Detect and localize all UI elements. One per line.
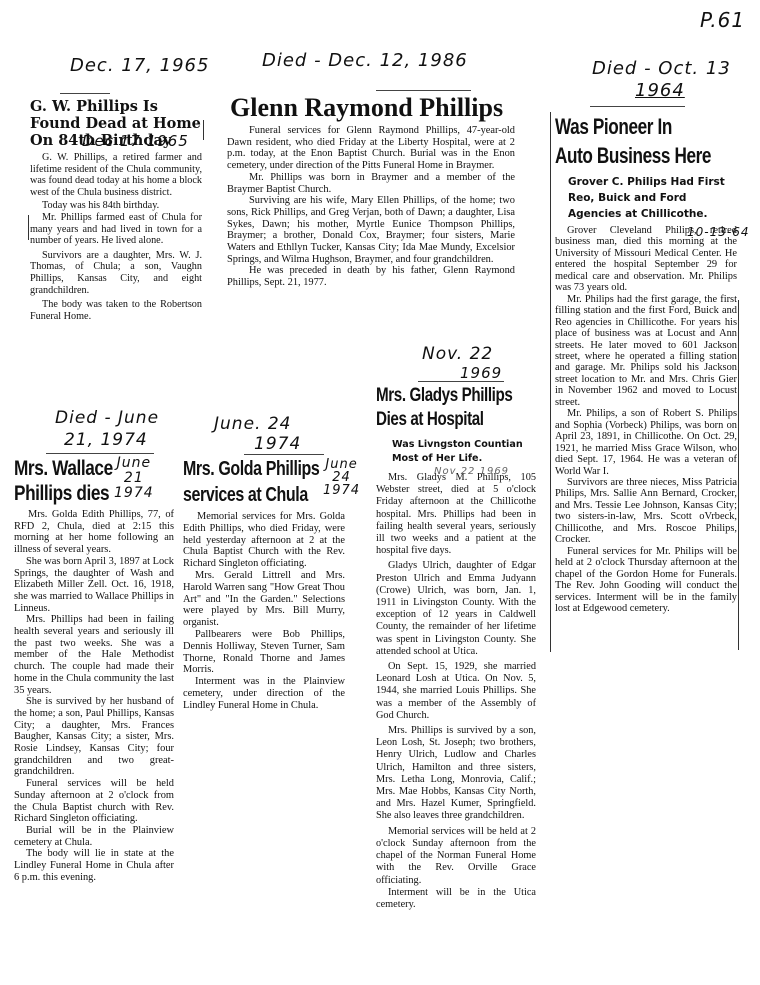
clipping-grover-philips: Was Pioneer In Auto Business Here Grover…	[555, 112, 737, 614]
handwritten-date: 1974	[254, 434, 301, 454]
headline: Glenn Raymond Phillips	[230, 93, 515, 123]
page-number-note: P.61	[700, 8, 745, 32]
paragraph: Mr. Phillips farmed east of Chula for ma…	[30, 212, 202, 247]
paragraph: Mrs. Gerald Littrell and Mrs. Harold War…	[183, 570, 345, 629]
divider	[244, 454, 324, 455]
clipping-wallace-phillips: Mrs. Wallace Phillips dies June 21 1974 …	[14, 456, 174, 884]
subhead-line: Reo, Buick and Ford	[568, 192, 686, 204]
headline-line: G. W. Phillips Is	[30, 98, 158, 115]
paragraph: He was preceded in death by his father, …	[227, 265, 515, 288]
handwritten-date: Dec. 17, 1965	[70, 55, 209, 76]
handwritten-overlay: 10-13-64	[687, 225, 749, 239]
clipping-golda-phillips: Mrs. Golda Phillips services at Chula Ju…	[183, 456, 345, 712]
paragraph: Mr. Philips had the first garage, the fi…	[555, 294, 737, 409]
headline-line: Auto Business Here	[555, 143, 711, 168]
overlay-line: June	[117, 455, 152, 471]
clip-edge	[28, 215, 29, 240]
headline-line: Found Dead at Home	[30, 115, 201, 132]
handwritten-date: Died - Dec. 12, 1986	[262, 50, 468, 71]
subheadline: Grover C. Philips Had First Reo, Buick a…	[568, 174, 737, 222]
paragraph: She is survived by her husband of the ho…	[14, 696, 174, 778]
divider	[590, 106, 685, 107]
subhead-line: Grover C. Philips Had First	[568, 176, 725, 188]
handwritten-overlay: Nov 22 1969	[434, 466, 509, 477]
paragraph: Surviving are his wife, Mary Ellen Phill…	[227, 195, 515, 265]
paragraph: Survivors are three nieces, Miss Patrici…	[555, 477, 737, 546]
divider	[60, 93, 110, 94]
handwritten-date: Died - June	[55, 408, 159, 428]
article-body: Mrs. Gladys M. Phillips, 105 Webster str…	[376, 472, 536, 911]
paragraph: Mr. Philips, a son of Robert S. Philips …	[555, 408, 737, 477]
article-body: G. W. Phillips, a retired farmer and lif…	[30, 152, 202, 322]
paragraph: Funeral services will be held Sunday aft…	[14, 778, 174, 825]
divider	[418, 381, 504, 382]
article-body: Funeral services for Glenn Raymond Phill…	[227, 125, 515, 289]
divider	[376, 90, 471, 91]
paragraph: Burial will be in the Plainview cemetery…	[14, 825, 174, 848]
paragraph: The body was taken to the Robertson Fune…	[30, 299, 202, 322]
paragraph: Gladys Ulrich, daughter of Edgar Preston…	[376, 560, 536, 658]
paragraph: Interment was in the Plainview cemetery,…	[183, 676, 345, 711]
clipping-gw-phillips: G. W. Phillips Is Found Dead at Home On …	[30, 98, 202, 322]
handwritten-overlay: Dec 17 1965	[82, 132, 189, 150]
clip-edge	[550, 112, 551, 652]
paragraph: She was born April 3, 1897 at Lock Sprin…	[14, 556, 174, 615]
overlay-line: 1974	[323, 483, 360, 498]
paragraph: G. W. Phillips, a retired farmer and lif…	[30, 152, 202, 198]
handwritten-date: June. 24	[214, 414, 291, 434]
paragraph: Memorial services will be held at 2 o'cl…	[376, 826, 536, 887]
paragraph: Funeral services for Mr. Philips will be…	[555, 546, 737, 615]
paragraph: Mrs. Gladys M. Phillips, 105 Webster str…	[376, 472, 536, 557]
subhead-line: Most of Her Life.	[392, 453, 482, 464]
handwritten-date: 1964	[635, 80, 685, 101]
handwritten-date: 1969	[460, 364, 502, 382]
clipping-glenn-phillips: Glenn Raymond Phillips Funeral services …	[227, 93, 515, 289]
overlay-line: 21	[124, 470, 144, 486]
paragraph: Funeral services for Glenn Raymond Phill…	[227, 125, 515, 172]
paragraph: Memorial services for Mrs. Golda Edith P…	[183, 511, 345, 570]
paragraph: Mrs. Phillips had been in failing health…	[14, 614, 174, 696]
handwritten-date: 21, 1974	[64, 430, 148, 450]
overlay-line: 1974	[114, 485, 154, 501]
headline-line: Mrs. Gladys Phillips	[376, 385, 512, 406]
subheadline: Was Livngston Countian Most of Her Life.	[392, 438, 536, 466]
paragraph: Today was his 84th birthday.	[30, 200, 202, 212]
headline-line: Phillips dies	[14, 482, 109, 505]
paragraph: Survivors are a daughter, Mrs. W. J. Tho…	[30, 250, 202, 296]
handwritten-date: Died - Oct. 13	[592, 58, 731, 79]
paragraph: Interment will be in the Utica cemetery.	[376, 887, 536, 911]
paragraph: Mrs. Golda Edith Phillips, 77, of RFD 2,…	[14, 509, 174, 556]
handwritten-overlay: June 24 1974	[323, 458, 360, 497]
article-body: Mrs. Golda Edith Phillips, 77, of RFD 2,…	[14, 509, 174, 884]
headline: Mrs. Golda Phillips services at Chula	[183, 456, 343, 508]
subhead-line: Agencies at Chillicothe.	[568, 208, 707, 220]
divider	[46, 453, 154, 454]
subhead-line: Was Livngston Countian	[392, 439, 523, 450]
article-body: Grover Cleveland Philips, retired busine…	[555, 225, 737, 614]
headline-line: services at Chula	[183, 484, 308, 506]
clip-edge	[738, 300, 739, 650]
paragraph: Mrs. Phillips is survived by a son, Leon…	[376, 725, 536, 823]
paragraph: Mr. Phillips was born in Braymer and a m…	[227, 172, 515, 195]
headline: Mrs. Gladys Phillips Dies at Hospital	[376, 384, 536, 432]
clip-edge	[203, 120, 204, 140]
headline-line: Mrs. Wallace	[14, 457, 113, 480]
handwritten-date: Nov. 22	[422, 344, 493, 364]
headline-line: Was Pioneer In	[555, 114, 672, 139]
article-body: Memorial services for Mrs. Golda Edith P…	[183, 511, 345, 712]
paragraph: On Sept. 15, 1929, she married Leonard L…	[376, 661, 536, 722]
paragraph: Pallbearers were Bob Phillips, Dennis Ho…	[183, 629, 345, 676]
paragraph: The body will lie in state at the Lindle…	[14, 848, 174, 883]
headline-line: Dies at Hospital	[376, 409, 484, 430]
clipping-gladys-phillips: Mrs. Gladys Phillips Dies at Hospital Wa…	[376, 384, 536, 911]
handwritten-overlay: June 21 1974	[114, 456, 154, 501]
headline-line: Mrs. Golda Phillips	[183, 458, 319, 480]
headline: Was Pioneer In Auto Business Here	[555, 112, 742, 170]
